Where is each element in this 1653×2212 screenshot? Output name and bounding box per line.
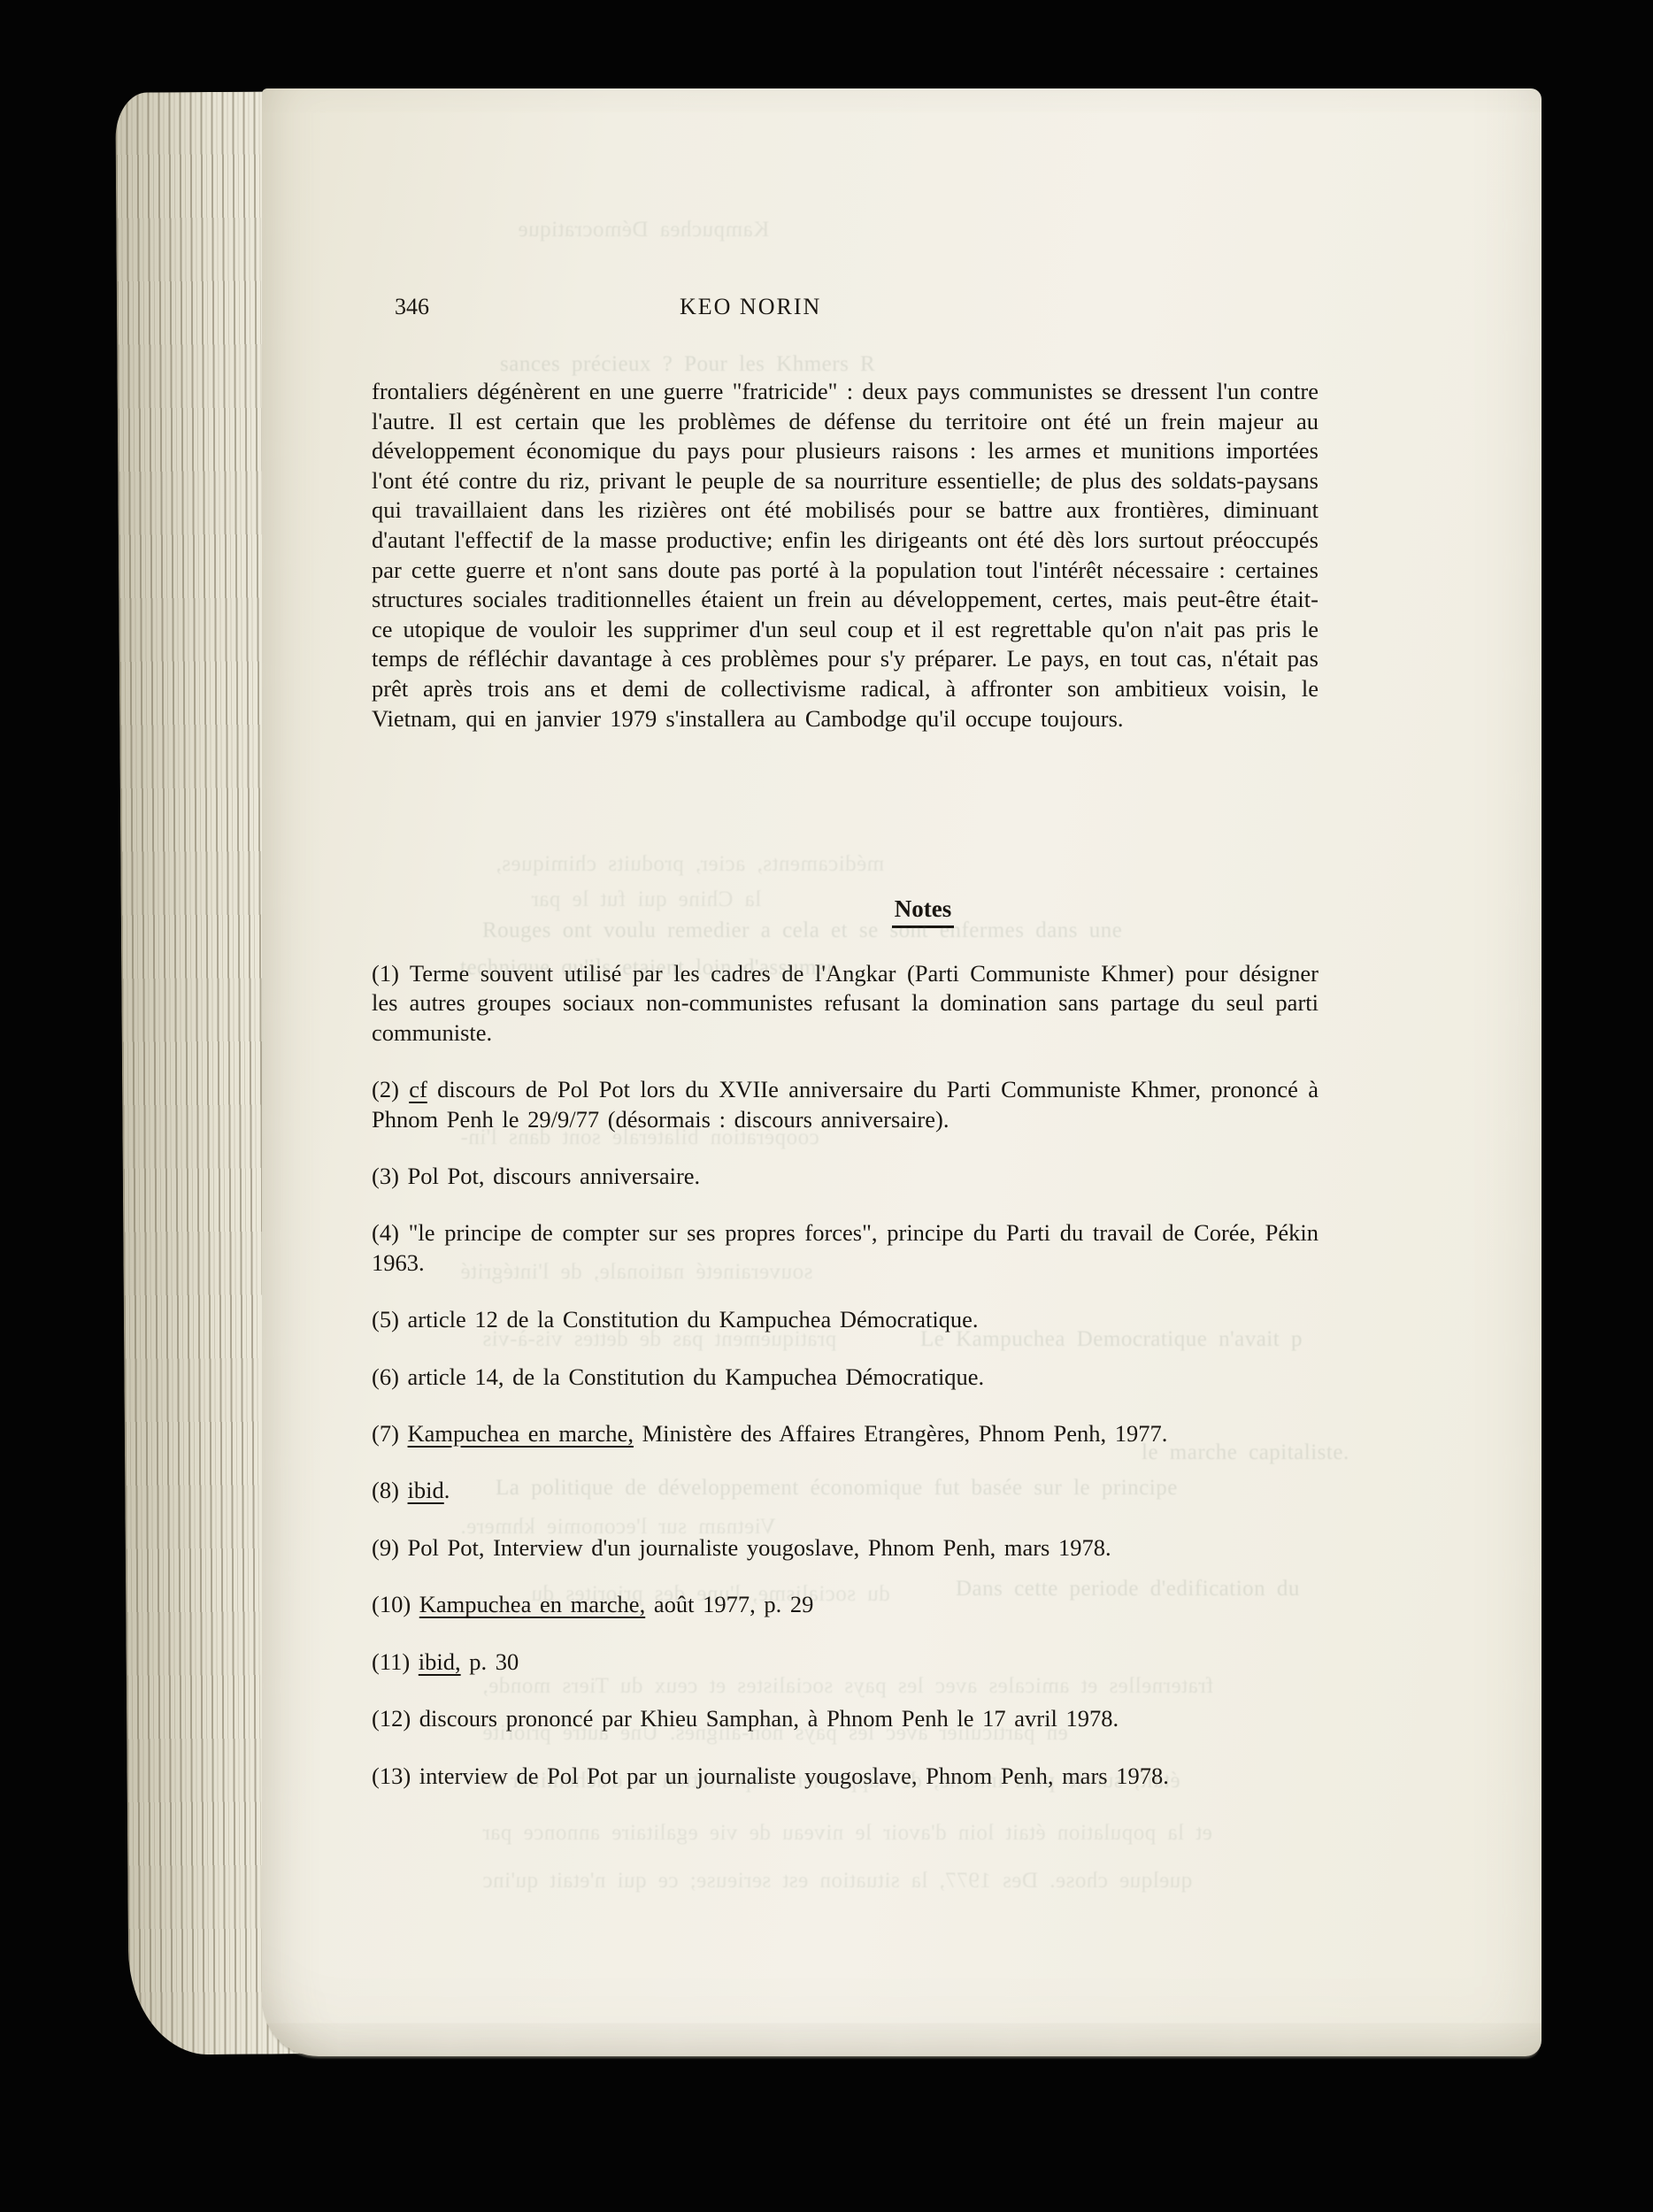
note-item: (1) Terme souvent utilisé par les cadres… <box>372 959 1319 1048</box>
note-text-segment: discours prononcé par Khieu Samphan, à P… <box>419 1705 1119 1732</box>
note-text-segment: Kampuchea en marche, <box>419 1591 645 1617</box>
note-text-segment: Pol Pot, discours anniversaire. <box>408 1163 701 1189</box>
note-item: (6) article 14, de la Constitution du Ka… <box>372 1363 1319 1392</box>
note-number: (5) <box>372 1306 408 1333</box>
note-text-segment: . <box>444 1477 450 1503</box>
note-item: (13) interview de Pol Pot par un journal… <box>372 1762 1319 1791</box>
note-number: (6) <box>372 1363 408 1390</box>
note-number: (8) <box>372 1477 408 1503</box>
body-paragraph: frontaliers dégénèrent en une guerre "fr… <box>372 377 1319 733</box>
note-text-segment: interview de Pol Pot par un journaliste … <box>419 1763 1169 1789</box>
note-text-segment: cf <box>409 1076 427 1102</box>
notes-list: (1) Terme souvent utilisé par les cadres… <box>372 959 1319 1818</box>
notes-heading: Notes <box>372 895 1319 928</box>
note-item: (10) Kampuchea en marche, août 1977, p. … <box>372 1590 1319 1619</box>
note-item: (3) Pol Pot, discours anniversaire. <box>372 1162 1319 1191</box>
note-number: (10) <box>372 1591 419 1617</box>
note-item: (12) discours prononcé par Khieu Samphan… <box>372 1704 1319 1733</box>
note-number: (3) <box>372 1163 408 1189</box>
book-photo: 346 KEO NORIN frontaliers dégénèrent en … <box>0 0 1653 2212</box>
note-text-segment: Pol Pot, Interview d'un journaliste youg… <box>408 1534 1111 1561</box>
note-item: (8) ibid. <box>372 1476 1319 1505</box>
note-number: (7) <box>372 1420 408 1447</box>
note-text-segment: article 12 de la Constitution du Kampuch… <box>408 1306 979 1333</box>
note-item: (2) cf discours de Pol Pot lors du XVIIe… <box>372 1075 1319 1134</box>
notes-heading-label: Notes <box>892 895 954 928</box>
note-text-segment: "le principe de compter sur ses propres … <box>372 1219 1319 1275</box>
note-text-segment: ibid <box>408 1477 444 1503</box>
note-text-segment: Kampuchea en marche, <box>408 1420 634 1447</box>
note-number: (11) <box>372 1648 419 1675</box>
note-number: (4) <box>372 1219 409 1246</box>
note-item: (4) "le principe de compter sur ses prop… <box>372 1218 1319 1278</box>
note-text-segment: Ministère des Affaires Etrangères, Phnom… <box>634 1420 1167 1447</box>
note-number: (13) <box>372 1763 419 1789</box>
note-number: (2) <box>372 1076 409 1102</box>
page-surface: 346 KEO NORIN frontaliers dégénèrent en … <box>262 88 1542 2056</box>
note-item: (11) ibid, p. 30 <box>372 1647 1319 1677</box>
note-number: (1) <box>372 960 410 987</box>
note-number: (9) <box>372 1534 408 1561</box>
note-text-segment: Terme souvent utilisé par les cadres de … <box>372 960 1319 1046</box>
note-text-segment: ibid, <box>419 1648 461 1675</box>
note-text-segment: août 1977, p. 29 <box>645 1591 813 1617</box>
note-text-segment: p. 30 <box>461 1648 519 1675</box>
note-item: (5) article 12 de la Constitution du Kam… <box>372 1305 1319 1334</box>
running-head: KEO NORIN <box>680 294 821 320</box>
note-text-segment: article 14, de la Constitution du Kampuc… <box>408 1363 985 1390</box>
note-text-segment: discours de Pol Pot lors du XVIIe annive… <box>372 1076 1319 1132</box>
note-item: (9) Pol Pot, Interview d'un journaliste … <box>372 1533 1319 1563</box>
note-item: (7) Kampuchea en marche, Ministère des A… <box>372 1419 1319 1448</box>
page-number: 346 <box>395 294 429 320</box>
note-number: (12) <box>372 1705 419 1732</box>
